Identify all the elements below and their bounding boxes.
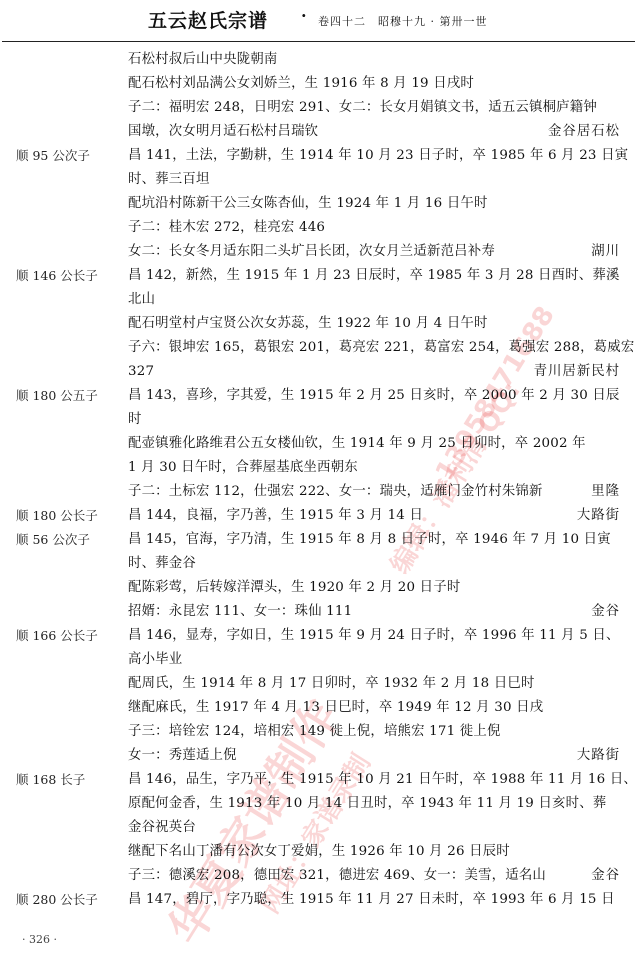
entry-line: 配坑沿村陈新干公三女陈杏仙，生 1924 年 1 月 16 日午时 [0,192,635,216]
entry-text: 昌 145，官海，字乃清，生 1915 年 8 月 8 日子时，卒 1946 年… [128,528,611,552]
lineage-note: 顺 166 公长子 [16,624,98,648]
entry-line: 子二：土标宏 112，仕强宏 222、女一：瑞央，适雁门金竹村朱锦新里隆 [0,480,635,504]
entry-text: 女一：秀莲适上倪 [128,744,237,768]
entry-line: 继配麻氏，生 1917 年 4 月 13 日巳时，卒 1949 年 12 月 3… [0,696,635,720]
entry-line: 配石明堂村卢宝贤公次女苏蕊，生 1922 年 10 月 4 日午时 [0,312,635,336]
entry-text: 配石明堂村卢宝贤公次女苏蕊，生 1922 年 10 月 4 日午时 [128,312,488,336]
entry-text: 昌 144，良福，字乃善，生 1915 年 3 月 14 日 [128,504,423,528]
entry-text: 327 [128,360,154,384]
entry-text: 配周氏，生 1914 年 8 月 17 日卯时，卒 1932 年 2 月 18 … [128,672,535,696]
lineage-note: 顺 280 公长子 [16,888,98,912]
page-number: · 326 · [22,933,57,946]
entry-line: 金谷祝英台 [0,816,635,840]
entry-line: 顺 56 公次子昌 145，官海，字乃清，生 1915 年 8 月 8 日子时，… [0,528,635,552]
entry-line: 时、葬金谷 [0,552,635,576]
residence-note: 大路街 [577,744,620,768]
residence-note: 青川居新民村 [534,360,620,384]
entry-line: 顺 180 公长子昌 144，良福，字乃善，生 1915 年 3 月 14 日大… [0,504,635,528]
entry-text: 1 月 30 日午时，合葬屋基底坐西朝东 [128,456,358,480]
residence-note: 金谷 [591,600,620,624]
entry-text: 配石松村刘品满公女刘娇兰，生 1916 年 8 月 19 日戌时 [128,72,474,96]
entry-text: 子二：桂木宏 272，桂亮宏 446 [128,216,325,240]
entry-line: 国墩，次女明月适石松村吕瑞钦金谷居石松 [0,120,635,144]
entry-text: 子六：银坤宏 165，葛银宏 201，葛亮宏 221，葛富宏 254，葛强宏 2… [128,336,634,360]
entry-line: 时 [0,408,635,432]
genealogy-entries: 石松村叔后山中央陇朝南配石松村刘品满公女刘娇兰，生 1916 年 8 月 19 … [0,48,635,912]
entry-text: 女二：长女冬月适东阳二头圹吕长团，次女月兰适新范吕补寿 [128,240,495,264]
residence-note: 湖川 [591,240,620,264]
entry-line: 顺 95 公次子昌 141，土法，字勤耕，生 1914 年 10 月 23 日子… [0,144,635,168]
entry-text: 北山 [128,288,155,312]
entry-line: 子二：桂木宏 272，桂亮宏 446 [0,216,635,240]
entry-line: 北山 [0,288,635,312]
entry-text: 时、葬金谷 [128,552,196,576]
entry-text: 石松村叔后山中央陇朝南 [128,48,278,72]
entry-text: 配陈彩莺，后转嫁洋潭头，生 1920 年 2 月 20 日子时 [128,576,460,600]
entry-text: 国墩，次女明月适石松村吕瑞钦 [128,120,318,144]
entry-line: 招婿：永昆宏 111、女一：珠仙 111金谷 [0,600,635,624]
entry-line: 时、葬三百坦 [0,168,635,192]
entry-line: 高小毕业 [0,648,635,672]
entry-text: 时 [128,408,142,432]
entry-text: 昌 142，新然，生 1915 年 1 月 23 日辰时，卒 1985 年 3 … [128,264,620,288]
entry-text: 配壶镇雅化路维君公五女楼仙钦，生 1914 年 9 月 25 日卯时，卒 200… [128,432,586,456]
residence-note: 里隆 [591,480,620,504]
residence-note: 金谷居石松 [548,120,620,144]
entry-line: 顺 180 公五子昌 143，喜珍，字其爱，生 1915 年 2 月 25 日亥… [0,384,635,408]
entry-text: 昌 143，喜珍，字其爱，生 1915 年 2 月 25 日亥时，卒 2000 … [128,384,620,408]
lineage-note: 顺 146 公长子 [16,264,98,288]
entry-line: 子三：德溪宏 208，德田宏 321，德进宏 469、女一：美雪，适名山金谷 [0,864,635,888]
entry-text: 昌 146，显寿，字如日，生 1915 年 9 月 24 日子时，卒 1996 … [128,624,620,648]
entry-line: 327青川居新民村 [0,360,635,384]
entry-text: 昌 141，土法，字勤耕，生 1914 年 10 月 23 日子时，卒 1985… [128,144,628,168]
residence-note: 大路街 [577,504,620,528]
volume-subtitle: 卷四十二 昭穆十九 · 第卅一世 [318,13,488,29]
title-separator: · [301,6,307,25]
lineage-note: 顺 180 公长子 [16,504,98,528]
entry-line: 继配下名山丁潘有公次女丁爱娟，生 1926 年 10 月 26 日辰时 [0,840,635,864]
entry-line: 配陈彩莺，后转嫁洋潭头，生 1920 年 2 月 20 日子时 [0,576,635,600]
entry-line: 顺 166 公长子昌 146，显寿，字如日，生 1915 年 9 月 24 日子… [0,624,635,648]
entry-text: 继配下名山丁潘有公次女丁爱娟，生 1926 年 10 月 26 日辰时 [128,840,510,864]
entry-text: 昌 146，品生，字乃平，生 1915 年 10 月 21 日午时，卒 1988… [128,768,635,792]
entry-line: 配周氏，生 1914 年 8 月 17 日卯时，卒 1932 年 2 月 18 … [0,672,635,696]
entry-line: 子二：福明宏 248，日明宏 291、女二：长女月娟镇文书，适五云镇桐庐籍钟 [0,96,635,120]
entry-text: 子二：福明宏 248，日明宏 291、女二：长女月娟镇文书，适五云镇桐庐籍钟 [128,96,597,120]
entry-line: 1 月 30 日午时，合葬屋基底坐西朝东 [0,456,635,480]
entry-line: 子六：银坤宏 165，葛银宏 201，葛亮宏 221，葛富宏 254，葛强宏 2… [0,336,635,360]
entry-text: 配坑沿村陈新干公三女陈杏仙，生 1924 年 1 月 16 日午时 [128,192,488,216]
entry-line: 女一：秀莲适上倪大路街 [0,744,635,768]
lineage-note: 顺 95 公次子 [16,144,90,168]
entry-line: 顺 168 长子昌 146，品生，字乃平，生 1915 年 10 月 21 日午… [0,768,635,792]
lineage-note: 顺 56 公次子 [16,528,90,552]
entry-line: 顺 280 公长子昌 147，碧厅，字乃聪，生 1915 年 11 月 27 日… [0,888,635,912]
entry-text: 高小毕业 [128,648,182,672]
entry-text: 招婿：永昆宏 111、女一：珠仙 111 [128,600,352,624]
entry-line: 子三：培铨宏 124，培相宏 149 徙上倪，培熊宏 171 徙上倪 [0,720,635,744]
entry-text: 子三：德溪宏 208，德田宏 321，德进宏 469、女一：美雪，适名山 [128,864,546,888]
residence-note: 金谷 [591,864,620,888]
entry-line: 原配何金香，生 1913 年 10 月 14 日丑时，卒 1943 年 11 月… [0,792,635,816]
entry-line: 女二：长女冬月适东阳二头圹吕长团，次女月兰适新范吕补寿湖川 [0,240,635,264]
entry-text: 继配麻氏，生 1917 年 4 月 13 日巳时，卒 1949 年 12 月 3… [128,696,543,720]
entry-line: 顺 146 公长子昌 142，新然，生 1915 年 1 月 23 日辰时，卒 … [0,264,635,288]
lineage-note: 顺 168 长子 [16,768,85,792]
entry-line: 配石松村刘品满公女刘娇兰，生 1916 年 8 月 19 日戌时 [0,72,635,96]
entry-text: 子二：土标宏 112，仕强宏 222、女一：瑞央，适雁门金竹村朱锦新 [128,480,543,504]
entry-text: 昌 147，碧厅，字乃聪，生 1915 年 11 月 27 日未时，卒 1993… [128,888,615,912]
entry-text: 时、葬三百坦 [128,168,210,192]
entry-text: 原配何金香，生 1913 年 10 月 14 日丑时，卒 1943 年 11 月… [128,792,606,816]
entry-text: 子三：培铨宏 124，培相宏 149 徙上倪，培熊宏 171 徙上倪 [128,720,501,744]
entry-text: 金谷祝英台 [128,816,196,840]
genealogy-title: 五云赵氏宗谱 [148,6,268,33]
entry-line: 配壶镇雅化路维君公五女楼仙钦，生 1914 年 9 月 25 日卯时，卒 200… [0,432,635,456]
header-divider [2,41,635,42]
entry-line: 石松村叔后山中央陇朝南 [0,48,635,72]
lineage-note: 顺 180 公五子 [16,384,98,408]
page-header: 五云赵氏宗谱 · 卷四十二 昭穆十九 · 第卅一世 [0,0,635,44]
